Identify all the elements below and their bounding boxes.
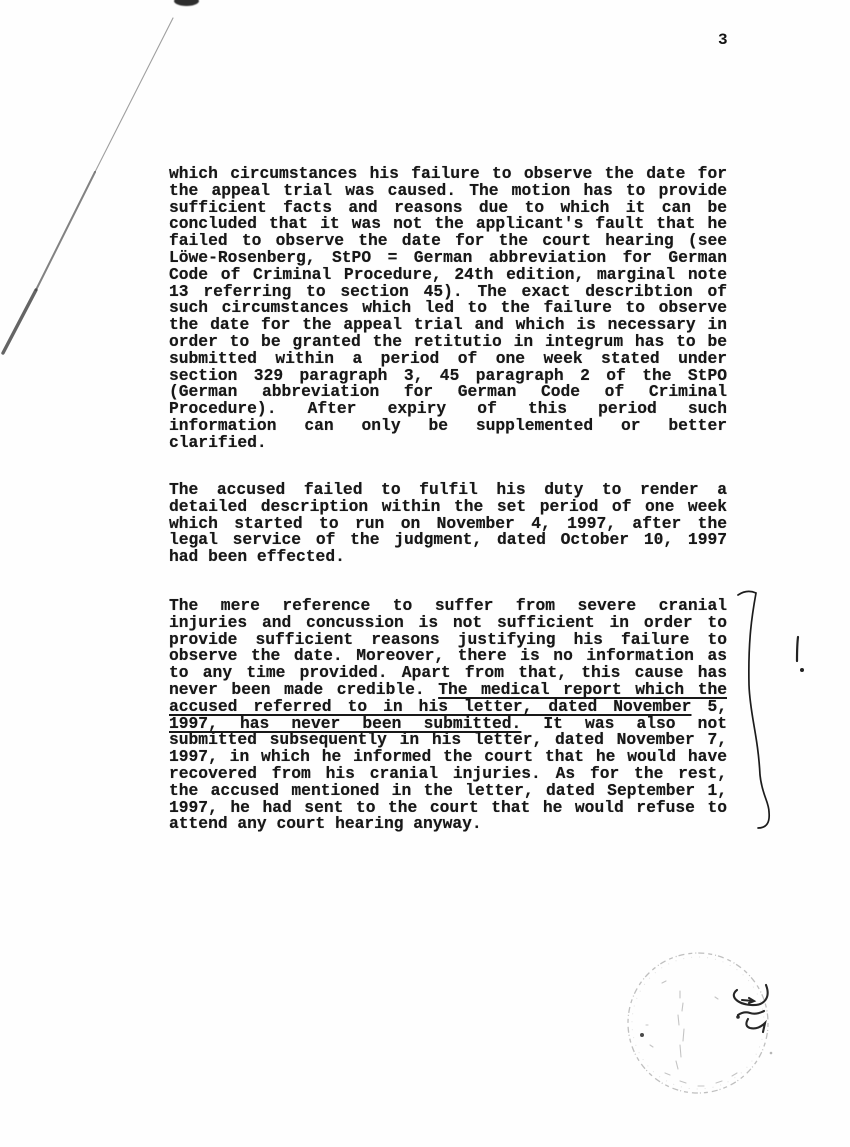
paragraph-2: The accused failed to fulfil his duty to… (169, 482, 727, 566)
margin-exclamation-mark (790, 630, 812, 680)
text-line: attend any court hearing anyway. (169, 816, 727, 833)
stamp-emblem-marks (646, 981, 737, 1086)
paragraph-3: The mere reference to suffer from severe… (169, 598, 727, 833)
circular-stamp (620, 945, 795, 1105)
text-line: had been effected. (169, 549, 727, 566)
text-line: clarified. (169, 435, 727, 452)
pen-squiggle (734, 985, 768, 1032)
margin-bracket-annotation (725, 580, 785, 840)
paragraph-1: which circumstances his failure to obser… (169, 166, 727, 452)
page-number: 3 (718, 31, 728, 49)
scanned-document-page: 3 which circumstances his failure to obs… (0, 0, 850, 1147)
